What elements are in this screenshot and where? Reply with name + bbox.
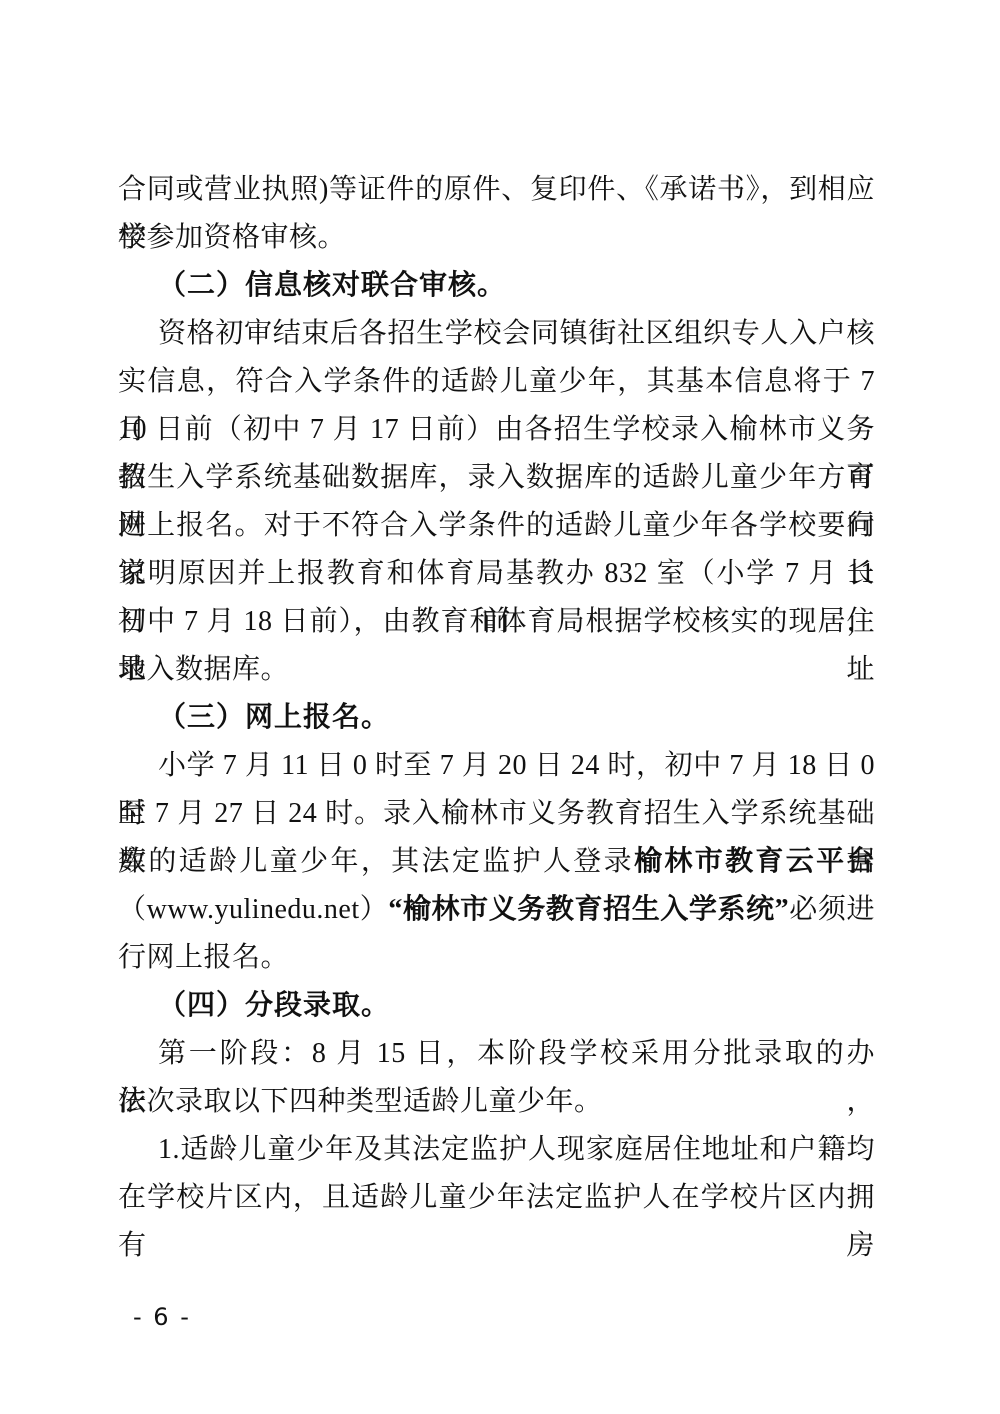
text-line: 招生入学系统基础数据库，录入数据库的适龄儿童少年方可进行 bbox=[118, 454, 875, 502]
text-line: 实信息，符合入学条件的适龄儿童少年，其基本信息将于 7 月 bbox=[118, 358, 875, 406]
text-line: 第一阶段：8 月 15 日，本阶段学校采用分批录取的办法， bbox=[118, 1030, 875, 1078]
text-line: 行网上报名。 bbox=[118, 934, 875, 982]
section-heading: （二）信息核对联合审核。 bbox=[118, 262, 875, 310]
bold-text-run: “榆林市义务教育招生入学系统” bbox=[388, 894, 789, 925]
text-line: 校参加资格审核。 bbox=[118, 214, 875, 262]
text-line: 资格初审结束后各招生学校会同镇街社区组织专人入户核 bbox=[118, 310, 875, 358]
text-run: 校参加资格审核。 bbox=[118, 222, 346, 253]
text-run: 必须进 bbox=[789, 894, 875, 925]
text-run: 库的适龄儿童少年，其法定监护人登录 bbox=[118, 846, 634, 877]
text-line: 10 日前（初中 7 月 17 日前）由各招生学校录入榆林市义务教育 bbox=[118, 406, 875, 454]
text-line: 初中 7 月 18 日前），由教育和体育局根据学校核实的现居住地址 bbox=[118, 598, 875, 646]
text-run: 依次录取以下四种类型适龄儿童少年。 bbox=[118, 1086, 603, 1117]
bold-text-run: 榆林市教育云平台 bbox=[634, 846, 875, 877]
bold-text-run: （二）信息核对联合审核。 bbox=[158, 270, 506, 301]
text-run: 资格初审结束后各招生学校会同镇街社区组织专人入户核 bbox=[158, 318, 875, 349]
text-line: 合同或营业执照)等证件的原件、复印件、《承诺书》，到相应学 bbox=[118, 166, 875, 214]
section-heading: （四）分段录取。 bbox=[118, 982, 875, 1030]
text-line: 说明原因并上报教育和体育局基教办 832 室（小学 7 月 11 日前， bbox=[118, 550, 875, 598]
text-line: 1.适龄儿童少年及其法定监护人现家庭居住地址和户籍均 bbox=[118, 1126, 875, 1174]
text-line: （www.yulinedu.net）“榆林市义务教育招生入学系统”必须进 bbox=[118, 886, 875, 934]
page-number: - 6 - bbox=[133, 1303, 191, 1331]
text-line: 至 7 月 27 日 24 时。录入榆林市义务教育招生入学系统基础数据 bbox=[118, 790, 875, 838]
text-run: 录入数据库。 bbox=[118, 654, 289, 685]
text-line: 网上报名。对于不符合入学条件的适龄儿童少年各学校要向家长 bbox=[118, 502, 875, 550]
text-line: 库的适龄儿童少年，其法定监护人登录榆林市教育云平台 bbox=[118, 838, 875, 886]
bold-text-run: （四）分段录取。 bbox=[158, 990, 390, 1021]
document-body: 合同或营业执照)等证件的原件、复印件、《承诺书》，到相应学校参加资格审核。（二）… bbox=[118, 166, 875, 1222]
text-run: 1.适龄儿童少年及其法定监护人现家庭居住地址和户籍均 bbox=[158, 1134, 875, 1165]
bold-text-run: （三）网上报名。 bbox=[158, 702, 390, 733]
text-run: 在学校片区内，且适龄儿童少年法定监护人在学校片区内拥有房 bbox=[118, 1182, 875, 1261]
document-page: { "page": { "background_color": "#ffffff… bbox=[0, 0, 1000, 1414]
text-line: 小学 7 月 11 日 0 时至 7 月 20 日 24 时，初中 7 月 18… bbox=[118, 742, 875, 790]
section-heading: （三）网上报名。 bbox=[118, 694, 875, 742]
text-run: 行网上报名。 bbox=[118, 942, 289, 973]
text-line: 在学校片区内，且适龄儿童少年法定监护人在学校片区内拥有房 bbox=[118, 1174, 875, 1222]
text-run: （www.yulinedu.net） bbox=[118, 894, 388, 925]
